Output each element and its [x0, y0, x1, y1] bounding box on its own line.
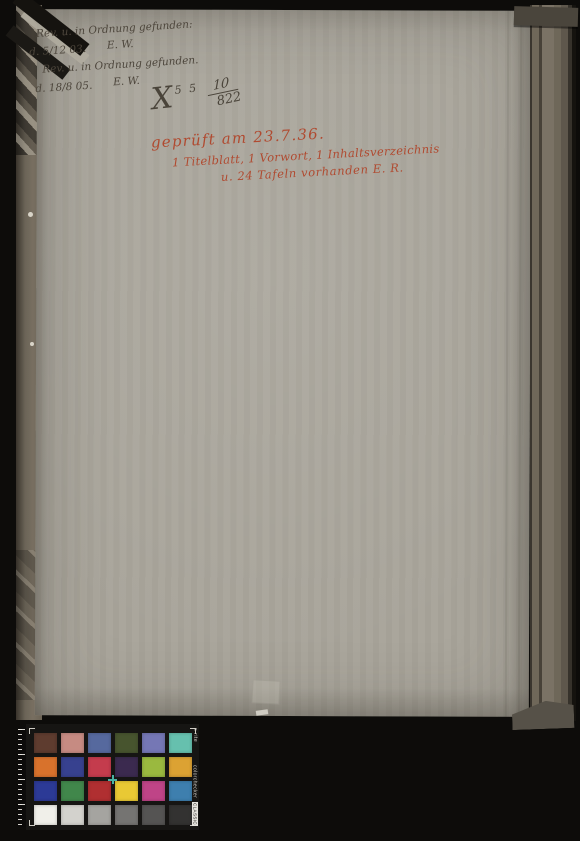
colorchecker-product-text: colorchecker: [192, 765, 198, 798]
colorchecker-patch-magenta: [142, 781, 165, 801]
colorchecker-brand-label: x-rite: [192, 728, 198, 742]
colorchecker-patch-neutral-6-5: [88, 805, 111, 825]
shelfmark-letter: X: [150, 80, 175, 117]
colorchecker-patch-orange: [34, 757, 57, 777]
colorchecker-patch-blue-flower: [142, 733, 165, 753]
colorchecker-patch-blue-sky: [88, 733, 111, 753]
colorchecker-badge: CLASSIC: [192, 802, 198, 826]
pencil-line-3: Rev. u. in Ordnung gefunden.: [42, 54, 199, 76]
colorchecker-patch-green: [61, 781, 84, 801]
colorchecker-patch-bluish-green: [169, 733, 192, 753]
colorchecker-patch-light-skin: [61, 733, 84, 753]
scanned-page: Rev. u. in Ordnung gefunden: d. 5/12 03.…: [0, 0, 580, 841]
colorchecker-patch-dark-skin: [34, 733, 57, 753]
colorchecker-patch-purple: [115, 757, 138, 777]
tape-top-right: [514, 6, 579, 27]
pencil-line-2-date: d. 5/12 03.: [29, 43, 87, 58]
colorchecker-product-label: colorchecker CLASSIC: [192, 765, 199, 826]
colorchecker-patch-orange-yellow: [169, 757, 192, 777]
colorchecker-patch-foliage: [115, 733, 138, 753]
calibration-ruler: [18, 727, 26, 827]
colorchecker-patch-neutral-8: [61, 805, 84, 825]
paper-speck: [30, 342, 34, 346]
pencil-line-4-initials: E. W.: [113, 75, 140, 89]
paper-speck: [28, 212, 33, 217]
colorchecker-patch-blue: [34, 781, 57, 801]
colorchecker-patch-moderate-red: [88, 757, 111, 777]
colorchecker-patch-yellow: [115, 781, 138, 801]
colorchecker-patch-cyan: [169, 781, 192, 801]
pencil-line-2-initials: E. W.: [107, 38, 134, 52]
shelfmark-exponent: 5 5: [174, 81, 199, 96]
colorchecker-patch-neutral-5: [115, 805, 138, 825]
pencil-line-4-date: d. 18/8 05.: [35, 80, 93, 95]
paper-crease: [505, 11, 509, 717]
colorchecker-patch-neutral-3-5: [142, 805, 165, 825]
shelfmark-fraction: 10 822: [206, 74, 243, 111]
flyleaf-page: [35, 9, 531, 717]
book-fore-edge: [530, 5, 576, 721]
colorchecker-patch-red: [88, 781, 111, 801]
registration-cross-icon: [108, 775, 117, 784]
colorchecker-patch-purplish-blue: [61, 757, 84, 777]
colorchecker-card: x-rite colorchecker CLASSIC: [27, 725, 198, 829]
colorchecker-patch-yellow-green: [142, 757, 165, 777]
colorchecker-patch-white: [34, 805, 57, 825]
colorchecker-patch-black: [169, 805, 192, 825]
tape-bottom-center: [251, 679, 280, 704]
paper-crease: [518, 11, 522, 717]
